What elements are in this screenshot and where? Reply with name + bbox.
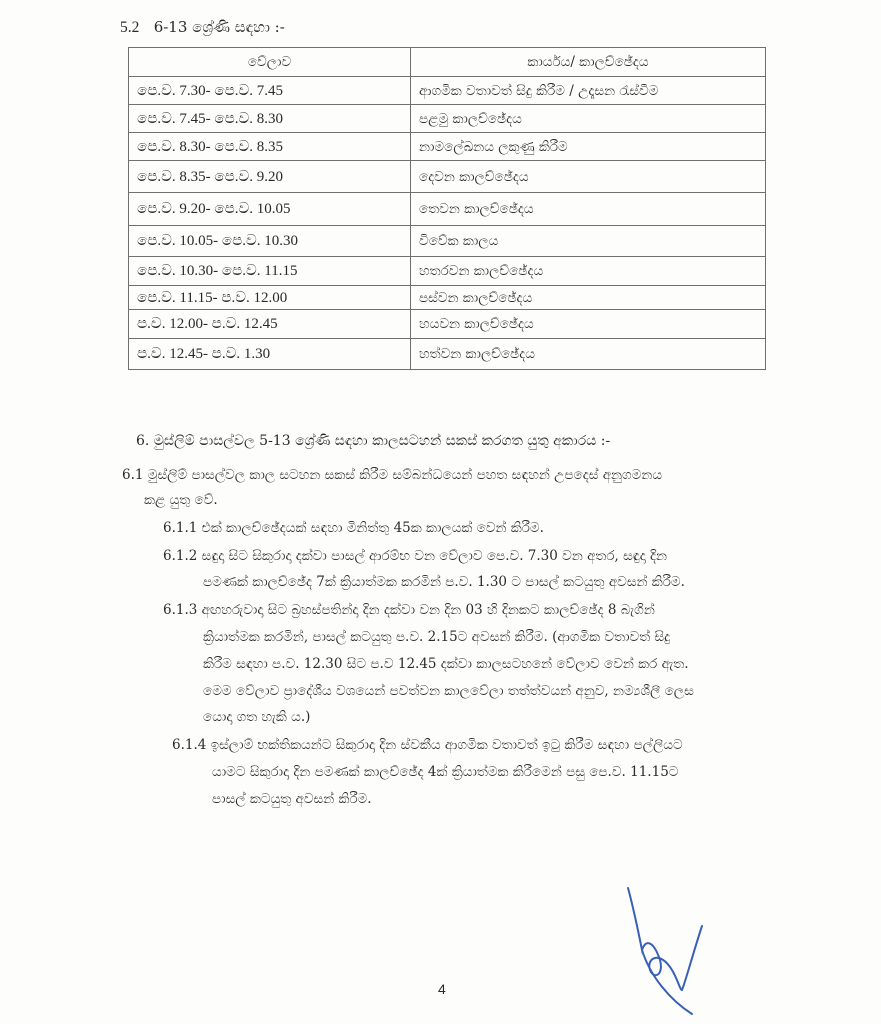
activity-cell: විවේක කාලය (411, 226, 766, 257)
para-6-1-3-line2: ක්‍රියාත්මක කරමින්, පාසල් කටයුතු ප.ව. 2.… (203, 627, 670, 647)
para-6-1-line1: 6.1 මුස්ලිම් පාසල්වල කාල සටහන සකස් කිරීම… (122, 465, 662, 485)
time-cell: ප.ව. 12.45- ප.ව. 1.30 (129, 339, 411, 370)
time-cell: ප.ව. 12.00- ප.ව. 12.45 (129, 310, 411, 339)
activity-cell: ආගමික වතාවත් සිදු කිරීම / උදෑසන රැස්වීම (411, 77, 766, 105)
activity-cell: හත්වන කාලච්ඡේදය (411, 339, 766, 370)
document-page: 5.2 6-13 ශ්‍රේණි සඳහා :- වේලාව කාර්යය/ ක… (0, 0, 881, 1024)
time-cell: පෙ.ව. 8.30- පෙ.ව. 8.35 (129, 133, 411, 161)
section-number: 5.2 (120, 19, 139, 36)
time-cell: පෙ.ව. 9.20- පෙ.ව. 10.05 (129, 193, 411, 226)
para-6-1-3-line3: කිරීම සඳහා ප.ව. 12.30 සිට ප.ව 12.45 දක්ව… (203, 654, 689, 674)
time-cell: පෙ.ව. 10.05- පෙ.ව. 10.30 (129, 226, 411, 257)
table-row: පෙ.ව. 11.15- ප.ව. 12.00පස්වන කාලච්ඡේදය (129, 286, 766, 310)
para-6-1-3-line5: යොදා ගත හැකි ය.) (203, 707, 310, 727)
table-row: පෙ.ව. 8.35- පෙ.ව. 9.20දෙවන කාලච්ඡේදය (129, 161, 766, 193)
table-row: පෙ.ව. 9.20- පෙ.ව. 10.05තෙවන කාලච්ඡේදය (129, 193, 766, 226)
table-row: පෙ.ව. 8.30- පෙ.ව. 8.35නාමලේඛනය ලකුණු කිර… (129, 133, 766, 161)
activity-cell: තෙවන කාලච්ඡේදය (411, 193, 766, 226)
section-6-heading: 6. මුස්ලිම් පාසල්වල 5-13 ශ්‍රේණි සඳහා කා… (136, 431, 610, 451)
activity-cell: දෙවන කාලච්ඡේදය (411, 161, 766, 193)
para-6-1-line2: කළ යුතු වේ. (144, 490, 218, 510)
activity-cell: නාමලේඛනය ලකුණු කිරීම (411, 133, 766, 161)
para-6-1-4-line1: 6.1.4 ඉස්ලාම් භක්තිකයන්ට සිකුරාදා දින ස්… (172, 735, 683, 755)
header-time: වේලාව (129, 48, 411, 77)
section-5-2-heading: 5.2 6-13 ශ්‍රේණි සඳහා :- (120, 18, 285, 37)
activity-cell: පස්වන කාලච්ඡේදය (411, 286, 766, 310)
table-row: පෙ.ව. 7.30- පෙ.ව. 7.45ආගමික වතාවත් සිදු … (129, 77, 766, 105)
time-cell: පෙ.ව. 10.30- පෙ.ව. 11.15 (129, 257, 411, 286)
schedule-table: වේලාව කාර්යය/ කාලච්ඡේදය පෙ.ව. 7.30- පෙ.ව… (128, 47, 766, 370)
table-row: ප.ව. 12.45- ප.ව. 1.30හත්වන කාලච්ඡේදය (129, 339, 766, 370)
time-cell: පෙ.ව. 11.15- ප.ව. 12.00 (129, 286, 411, 310)
para-6-1-2-line1: 6.1.2 සඳුදා සිට සිකුරාදා දක්වා පාසල් ආරම… (163, 546, 667, 566)
para-6-1-4-line2: යාමට සිකුරාදා දින පමණක් කාලච්ඡේද 4ක් ක්‍… (212, 762, 679, 782)
activity-cell: පළමු කාලච්ඡේදය (411, 105, 766, 133)
section-title: 6-13 ශ්‍රේණි සඳහා :- (154, 18, 285, 36)
table-row: පෙ.ව. 10.05- පෙ.ව. 10.30විවේක කාලය (129, 226, 766, 257)
table-row: ප.ව. 12.00- ප.ව. 12.45හයවන කාලච්ඡේදය (129, 310, 766, 339)
time-cell: පෙ.ව. 7.45- පෙ.ව. 8.30 (129, 105, 411, 133)
para-6-1-2-line2: පමණක් කාලච්ඡේද 7ක් ක්‍රියාත්මක කරමින් ප.… (203, 572, 685, 592)
para-6-1-3-line1: 6.1.3 අඟහරුවාදා සිට බ්‍රහස්පතින්දා දින ද… (163, 600, 655, 620)
table-row: පෙ.ව. 10.30- පෙ.ව. 11.15හතරවන කාලච්ඡේදය (129, 257, 766, 286)
activity-cell: හතරවන කාලච්ඡේදය (411, 257, 766, 286)
table-header-row: වේලාව කාර්යය/ කාලච්ඡේදය (129, 48, 766, 77)
para-6-1-1: 6.1.1 එක් කාලච්ඡේදයක් සඳහා මිනිත්තු 45ක … (163, 518, 544, 538)
para-6-1-3-line4: මෙම වේලාව ප්‍රාදේශීය වශයෙන් පවත්වන කාලවේ… (203, 681, 694, 701)
page-number: 4 (438, 981, 446, 997)
signature (620, 880, 710, 1020)
time-cell: පෙ.ව. 8.35- පෙ.ව. 9.20 (129, 161, 411, 193)
activity-cell: හයවන කාලච්ඡේදය (411, 310, 766, 339)
header-activity: කාර්යය/ කාලච්ඡේදය (411, 48, 766, 77)
table-row: පෙ.ව. 7.45- පෙ.ව. 8.30පළමු කාලච්ඡේදය (129, 105, 766, 133)
para-6-1-4-line3: පාසල් කටයුතු අවසන් කිරීම. (212, 789, 372, 809)
time-cell: පෙ.ව. 7.30- පෙ.ව. 7.45 (129, 77, 411, 105)
